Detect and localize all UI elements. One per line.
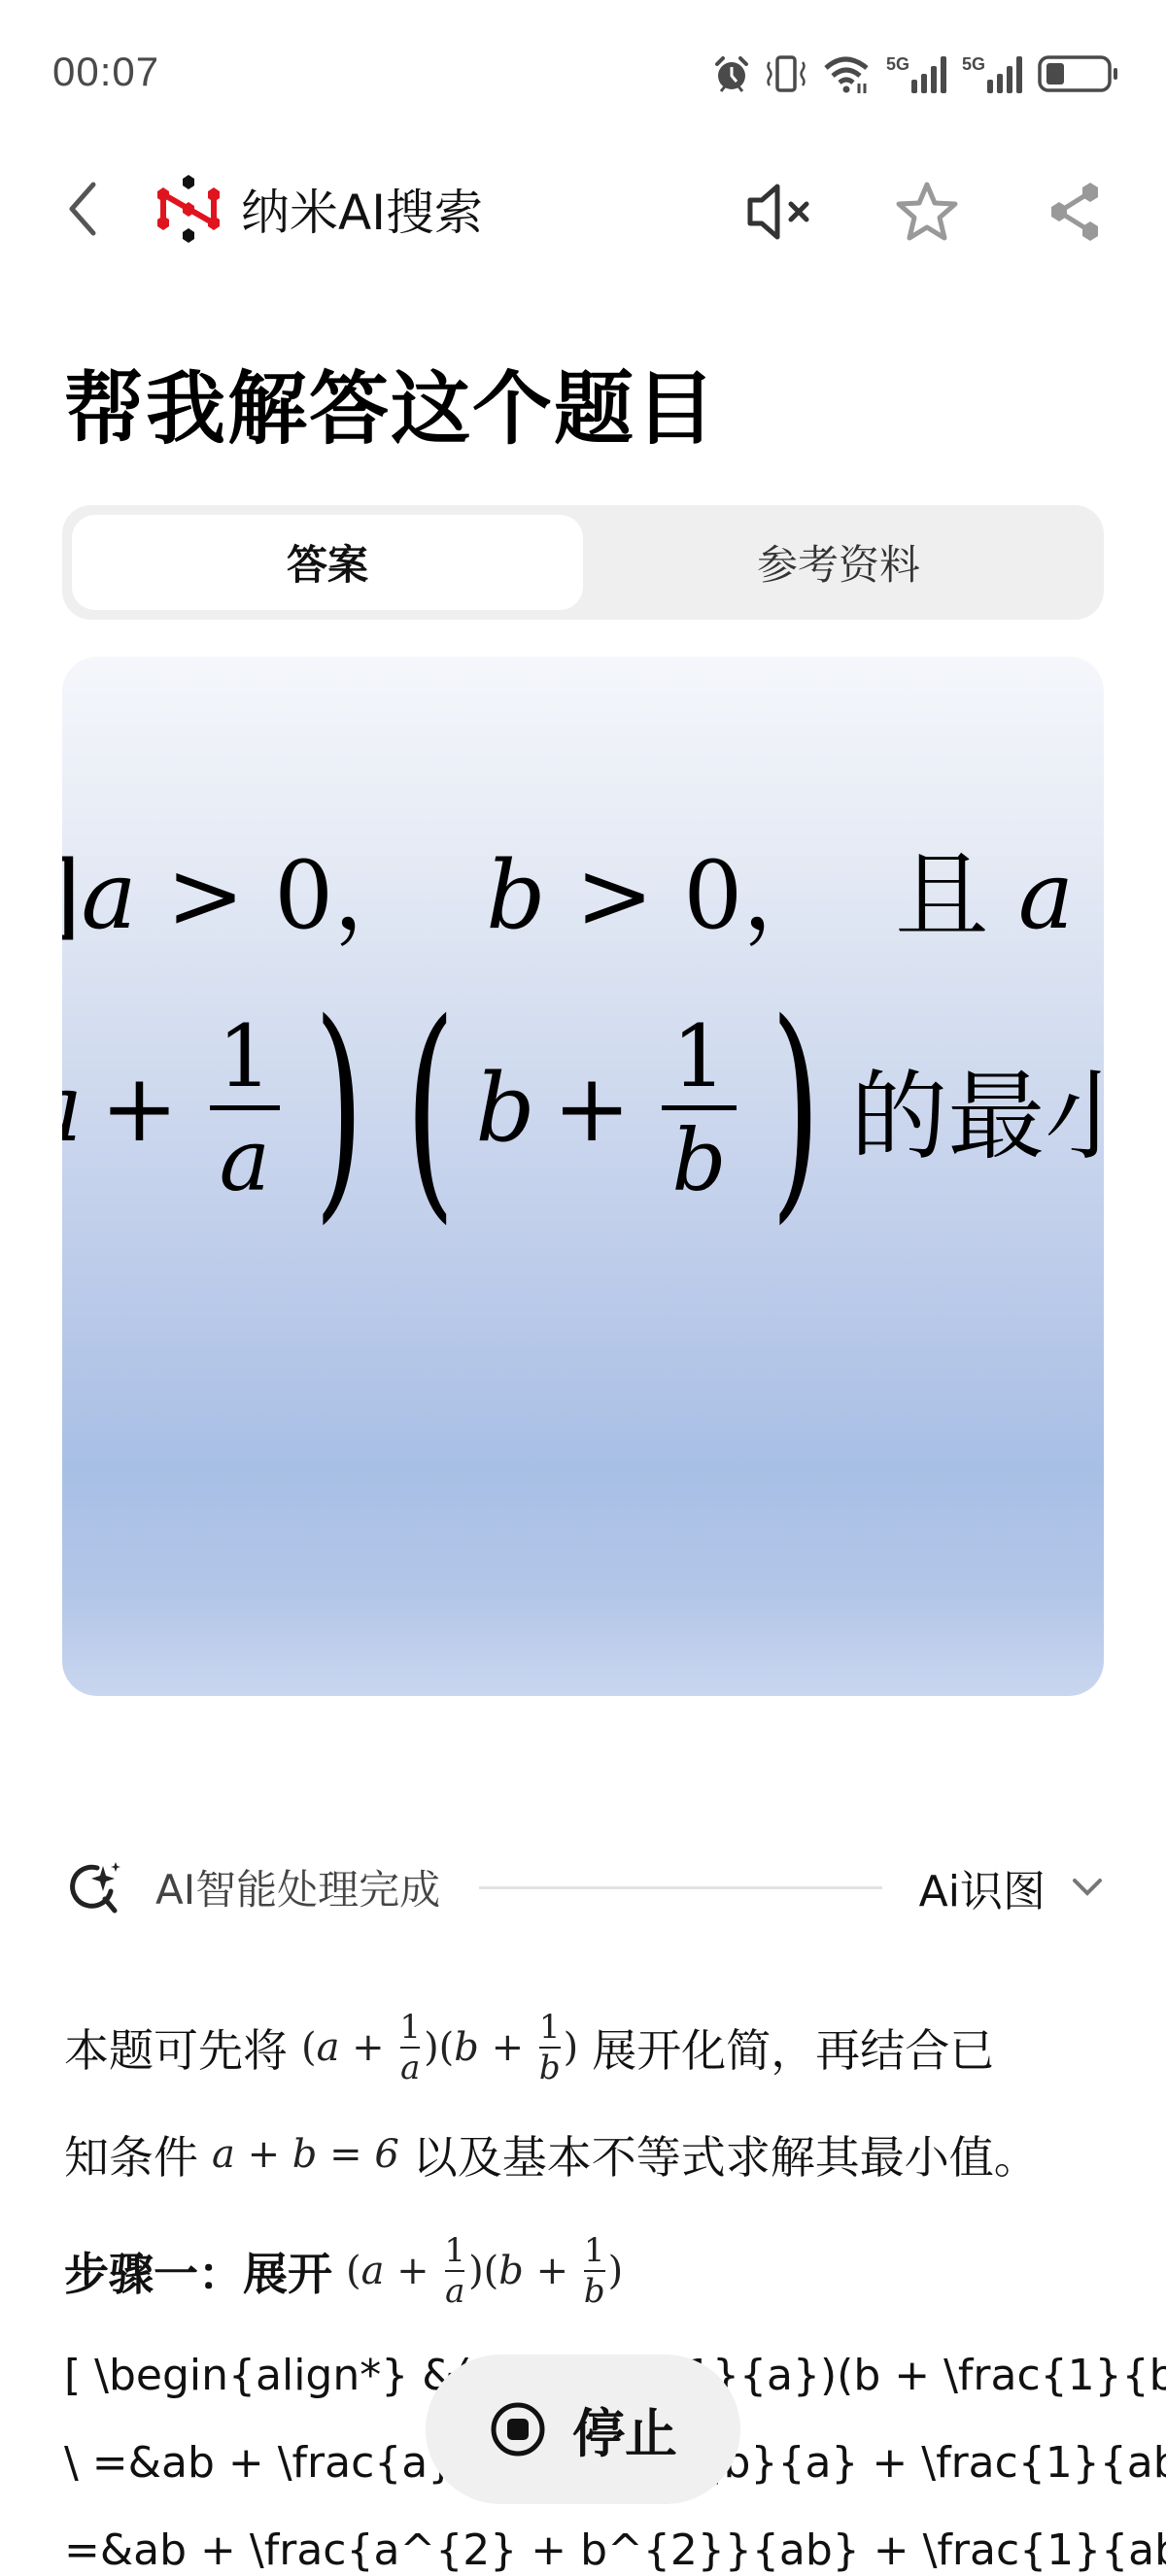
answer-paragraph-line-2: 知条件 a + b = 6 以及基本不等式求解其最小值。 <box>64 2122 1039 2186</box>
answer-paragraph-line-1: 本题可先将 (a + 1a)(b + 1b) 展开化简，再结合已 <box>64 2011 994 2085</box>
tab-bar: 答案 参考资料 <box>62 505 1104 620</box>
star-outline-icon <box>894 181 960 243</box>
status-bar: 00:07 5G 5G <box>0 0 1166 146</box>
question-formula-line-2: a + 1 a )( b + 1 b ) 的最小值 <box>62 997 1104 1220</box>
brand: 纳米AI搜索 <box>155 173 483 245</box>
nav-actions <box>744 183 1110 241</box>
question-formula-line-1: ]a > 0， b > 0， 且 a + b <box>62 822 1104 955</box>
vibrate-icon <box>764 54 808 93</box>
cropped-char: ] <box>62 841 81 950</box>
back-button[interactable] <box>58 175 107 243</box>
tab-references[interactable]: 参考资料 <box>583 515 1094 610</box>
ai-status-row: AI智能处理完成 Ai识图 <box>68 1860 1104 1915</box>
speaker-muted-icon <box>744 183 814 241</box>
ai-mode-dropdown[interactable]: Ai识图 <box>919 1856 1104 1918</box>
favorite-button[interactable] <box>892 183 962 241</box>
inline-math: (a + 1a)(b + 1b) <box>346 2234 623 2308</box>
ai-mode-label: Ai识图 <box>919 1856 1046 1918</box>
stop-circle-icon <box>489 2400 547 2458</box>
share-button[interactable] <box>1040 183 1110 241</box>
chevron-down-icon <box>1071 1877 1104 1898</box>
ai-status-text: AI智能处理完成 <box>155 1858 440 1916</box>
latex-line: =&ab + \frac{a^{2} + b^{2}}{ab} + \frac{… <box>64 2525 1166 2575</box>
5g-signal-icon: 5G <box>962 54 1024 93</box>
mute-button[interactable] <box>744 183 814 241</box>
status-icons: 5G 5G <box>713 53 1119 94</box>
stop-button[interactable]: 停止 <box>426 2355 740 2504</box>
battery-icon <box>1038 54 1119 93</box>
brand-name: 纳米AI搜索 <box>241 174 483 244</box>
inline-math: a + b = 6 <box>212 2132 399 2177</box>
fraction-1-over-b: 1 b <box>662 1014 736 1203</box>
ai-sparkle-search-icon <box>68 1860 122 1915</box>
wifi-icon <box>822 54 873 93</box>
chevron-left-icon <box>66 181 99 237</box>
nav-bar: 纳米AI搜索 <box>0 155 1166 262</box>
stop-label: 停止 <box>572 2392 677 2467</box>
status-time: 00:07 <box>52 49 159 95</box>
step-1-heading: 步骤一：展开 (a + 1a)(b + 1b) <box>64 2234 636 2308</box>
tab-answer[interactable]: 答案 <box>72 515 583 610</box>
5g-signal-icon: 5G <box>886 54 948 93</box>
nami-logo-icon <box>155 173 222 245</box>
divider <box>479 1886 882 1889</box>
fraction-1-over-a: 1 a <box>210 1014 280 1203</box>
question-image[interactable]: ]a > 0， b > 0， 且 a + b a + 1 a )( b + 1 … <box>62 657 1104 1696</box>
page-title: 帮我解答这个题目 <box>64 346 717 459</box>
alarm-icon <box>713 54 750 93</box>
share-icon <box>1046 181 1104 243</box>
inline-math: (a + 1a)(b + 1b) <box>301 2011 578 2085</box>
